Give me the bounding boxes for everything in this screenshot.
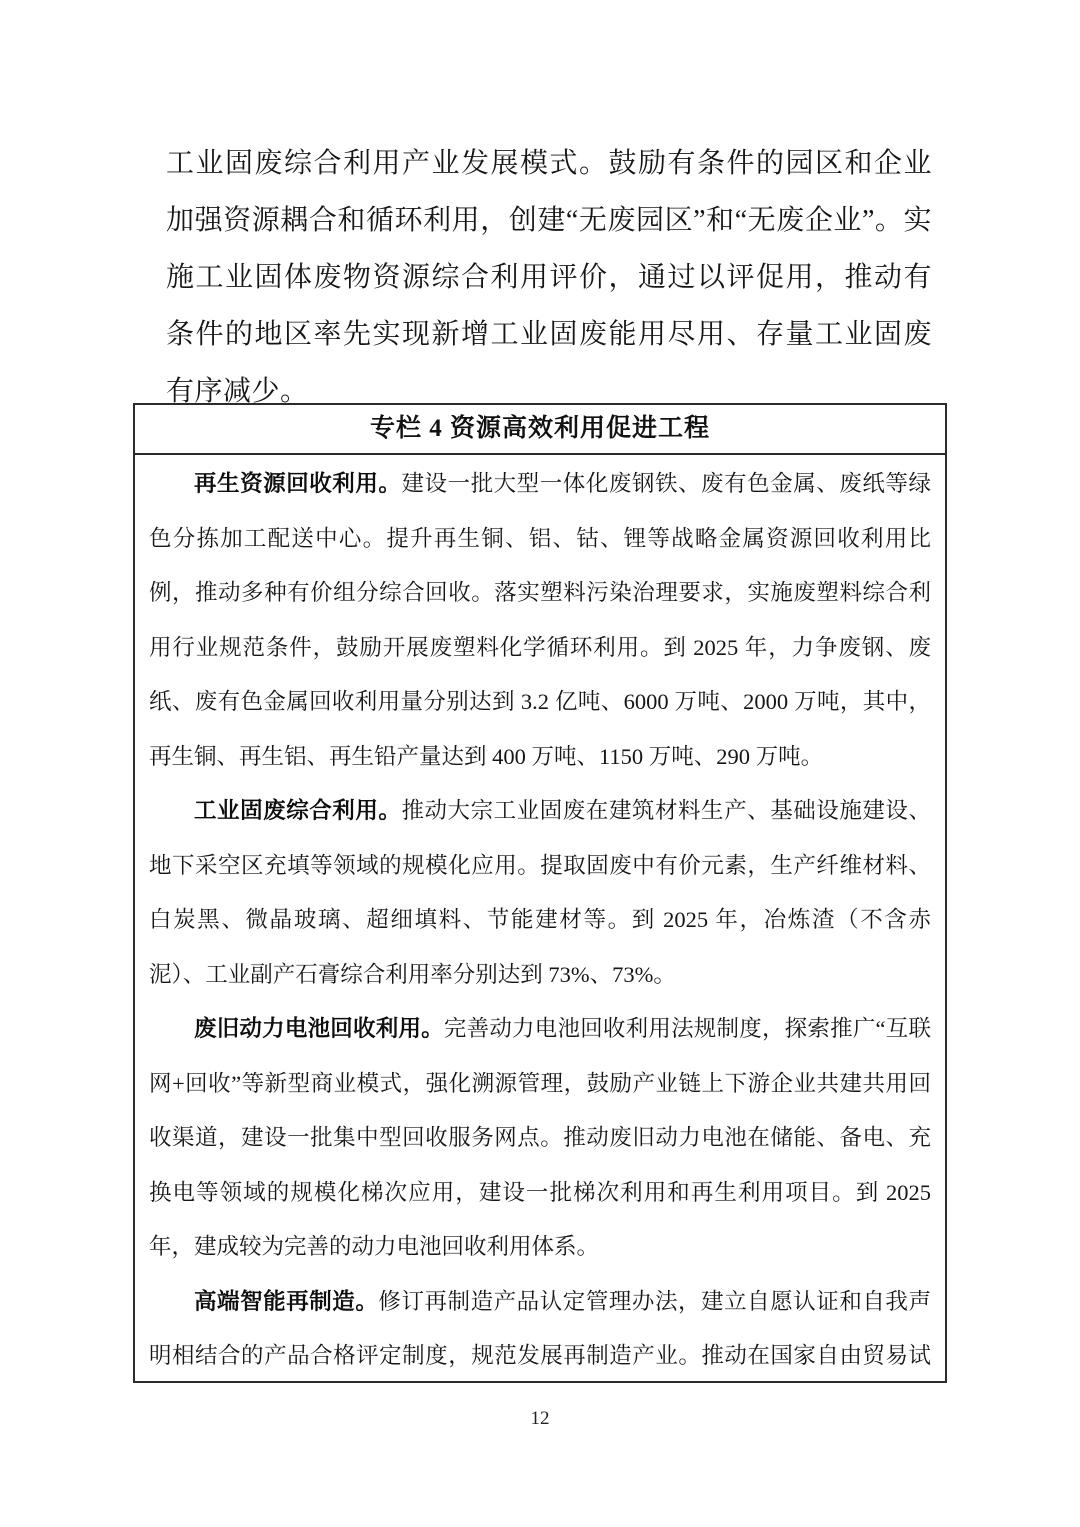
document-page: 工业固废综合利用产业发展模式。鼓励有条件的园区和企业加强资源耦合和循环利用，创建… xyxy=(0,0,1080,1527)
paragraph-text: 完善动力电池回收利用法规制度，探索推广“互联网+回收”等新型商业模式，强化溯源管… xyxy=(149,1016,931,1259)
box-paragraph-remanufacturing: 高端智能再制造。修订再制造产品认定管理办法，建立自愿认证和自我声明相结合的产品合… xyxy=(149,1275,931,1384)
feature-box: 专栏 4 资源高效利用促进工程 再生资源回收利用。建设一批大型一体化废钢铁、废有… xyxy=(133,403,947,1383)
paragraph-lead: 高端智能再制造。 xyxy=(194,1289,378,1314)
box-title: 专栏 4 资源高效利用促进工程 xyxy=(135,405,945,455)
box-paragraph-recycled-resources: 再生资源回收利用。建设一批大型一体化废钢铁、废有色金属、废纸等绿色分拣加工配送中… xyxy=(149,457,931,784)
paragraph-lead: 工业固废综合利用。 xyxy=(194,798,401,823)
paragraph-lead: 废旧动力电池回收利用。 xyxy=(194,1016,444,1041)
paragraph-text: 建设一批大型一体化废钢铁、废有色金属、废纸等绿色分拣加工配送中心。提升再生铜、铝… xyxy=(149,471,931,769)
paragraph-text: 推动大宗工业固废在建筑材料生产、基础设施建设、地下采空区充填等领域的规模化应用。… xyxy=(149,798,931,987)
box-paragraph-industrial-solid-waste: 工业固废综合利用。推动大宗工业固废在建筑材料生产、基础设施建设、地下采空区充填等… xyxy=(149,784,931,1002)
intro-paragraph: 工业固废综合利用产业发展模式。鼓励有条件的园区和企业加强资源耦合和循环利用，创建… xyxy=(166,135,932,420)
paragraph-lead: 再生资源回收利用。 xyxy=(194,471,401,496)
box-body: 再生资源回收利用。建设一批大型一体化废钢铁、废有色金属、废纸等绿色分拣加工配送中… xyxy=(135,455,945,1383)
box-paragraph-battery-recycling: 废旧动力电池回收利用。完善动力电池回收利用法规制度，探索推广“互联网+回收”等新… xyxy=(149,1002,931,1275)
page-number: 12 xyxy=(0,1408,1080,1430)
